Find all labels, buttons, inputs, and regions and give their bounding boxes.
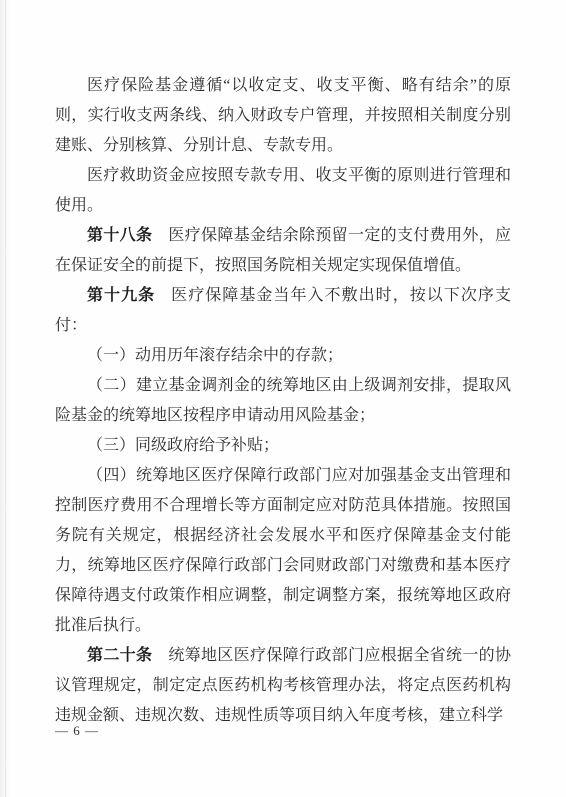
paragraph: （三）同级政府给予补贴； [55, 431, 511, 461]
paragraph: 第二十条统筹地区医疗保障行政部门应根据全省统一的协议管理规定，制定定点医药机构考… [55, 641, 511, 731]
paragraph: 第十九条医疗保障基金当年入不敷出时，按以下次序支付： [55, 281, 511, 341]
paragraph: （四）统筹地区医疗保障行政部门应对加强基金支出管理和控制医疗费用不合理增长等方面… [55, 461, 511, 641]
article-number: 第十九条 [87, 287, 155, 304]
paragraph-text: 医疗保险基金遵循“以收定支、收支平衡、略有结余”的原则，实行收支两条线、纳入财政… [55, 77, 511, 154]
page-number: — 6 — [55, 723, 99, 738]
article-number: 第二十条 [87, 647, 152, 664]
scan-line-artifact [5, 0, 6, 797]
paragraph: （二）建立基金调剂金的统筹地区由上级调剂安排，提取风险基金的统筹地区按程序申请动… [55, 371, 511, 431]
document-body: 医疗保险基金遵循“以收定支、收支平衡、略有结余”的原则，实行收支两条线、纳入财政… [55, 71, 511, 731]
document-page: 医疗保险基金遵循“以收定支、收支平衡、略有结余”的原则，实行收支两条线、纳入财政… [0, 0, 566, 797]
article-number: 第十八条 [87, 227, 152, 244]
paragraph: 医疗保险基金遵循“以收定支、收支平衡、略有结余”的原则，实行收支两条线、纳入财政… [55, 71, 511, 161]
paragraph-text: （三）同级政府给予补贴； [87, 437, 279, 454]
paragraph: （一）动用历年滚存结余中的存款； [55, 341, 511, 371]
scan-edge-artifact [0, 0, 12, 797]
paragraph-text: （二）建立基金调剂金的统筹地区由上级调剂安排，提取风险基金的统筹地区按程序申请动… [55, 377, 511, 424]
paragraph-text: 医疗救助资金应按照专款专用、收支平衡的原则进行管理和使用。 [55, 167, 511, 214]
paragraph: 第十八条医疗保障基金结余除预留一定的支付费用外，应在保证安全的前提下，按照国务院… [55, 221, 511, 281]
paragraph: 医疗救助资金应按照专款专用、收支平衡的原则进行管理和使用。 [55, 161, 511, 221]
paragraph-text: （四）统筹地区医疗保障行政部门应对加强基金支出管理和控制医疗费用不合理增长等方面… [55, 467, 511, 634]
paragraph-text: （一）动用历年滚存结余中的存款； [87, 347, 343, 364]
